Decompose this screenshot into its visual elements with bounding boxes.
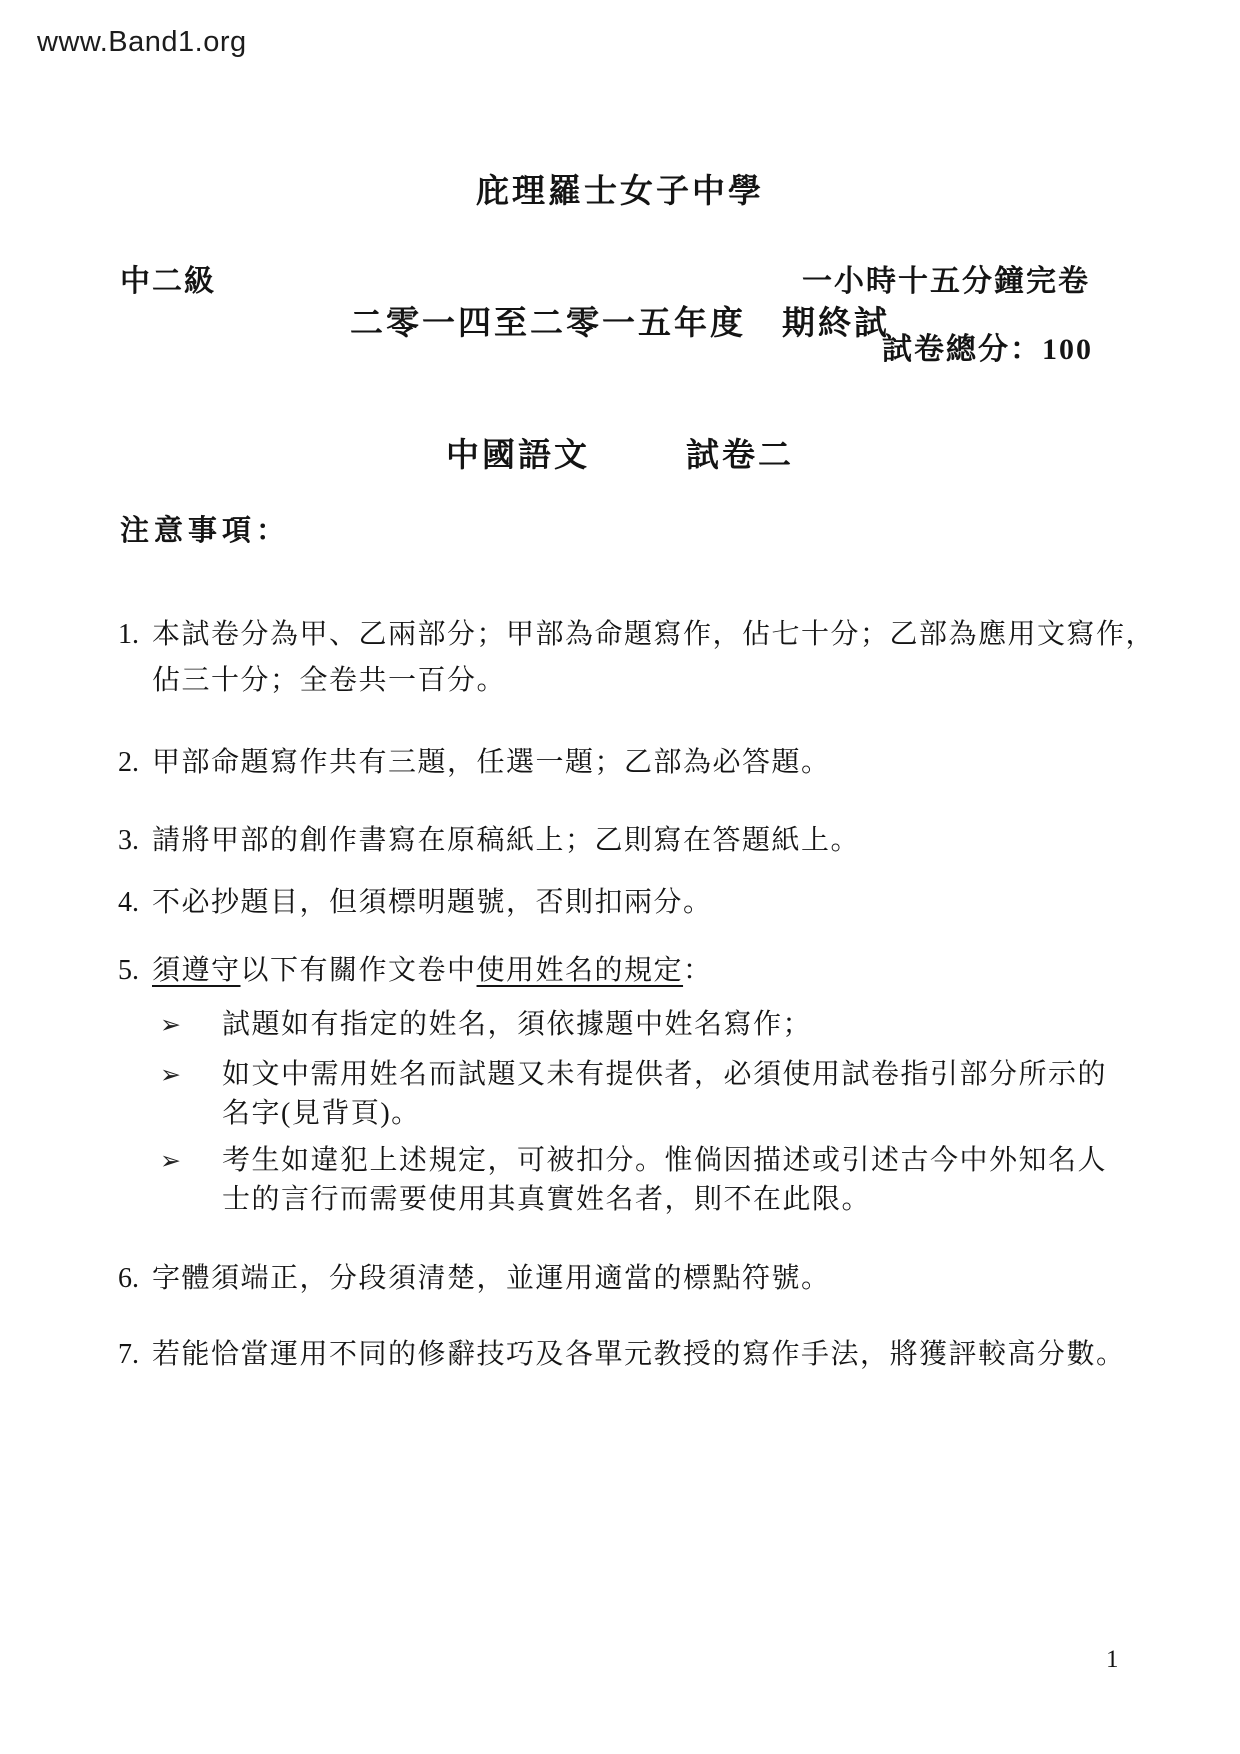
note-item-line: 5.須遵守以下有關作文卷中使用姓名的規定：	[118, 948, 713, 994]
item-number: 3.	[118, 818, 152, 864]
notes-heading: 注意事項：	[120, 508, 290, 549]
exam-paper-page: www.Band1.org 庇理羅士女子中學 二零一四至二零一五年度 期終試 中…	[0, 0, 1240, 1754]
note-item-line: 6.字體須端正，分段須清楚，並運用適當的標點符號。	[118, 1256, 831, 1302]
sub-bullet-line: ➢考生如違犯上述規定，可被扣分。惟倘因描述或引述古今中外知名人	[160, 1142, 1107, 1181]
note-item-2: 2.甲部命題寫作共有三題，任選一題；乙部為必答題。	[118, 740, 831, 786]
note-item-1: 1.本試卷分為甲、乙兩部分；甲部為命題寫作，佔七十分；乙部為應用文寫作， 佔三十…	[118, 612, 1155, 704]
note-item-7: 7.若能恰當運用不同的修辭技巧及各單元教授的寫作手法，將獲評較高分數。	[118, 1332, 1126, 1378]
time-allowed: 一小時十五分鐘完卷	[802, 256, 1090, 300]
item-text: 不必抄題目，但須標明題號，否則扣兩分。	[152, 887, 713, 918]
item-number: 5.	[118, 948, 152, 994]
paper-number: 試卷二	[686, 434, 794, 478]
item-number: 2.	[118, 740, 152, 786]
school-name: 庇理羅士女子中學	[0, 170, 1240, 214]
item-text-underlined: 須遵守	[152, 955, 241, 986]
note-item-5: 5.須遵守以下有關作文卷中使用姓名的規定：	[118, 948, 713, 994]
item-text: 請將甲部的創作書寫在原稿紙上；乙則寫在答題紙上。	[152, 825, 860, 856]
item-text: 字體須端正，分段須清楚，並運用適當的標點符號。	[152, 1263, 831, 1294]
note-item-4: 4.不必抄題目，但須標明題號，否則扣兩分。	[118, 880, 713, 926]
note-item-line: 2.甲部命題寫作共有三題，任選一題；乙部為必答題。	[118, 740, 831, 786]
item-number: 6.	[118, 1256, 152, 1302]
note-item-line: 1.本試卷分為甲、乙兩部分；甲部為命題寫作，佔七十分；乙部為應用文寫作，	[118, 612, 1155, 658]
item-text: 以下有關作文卷中	[241, 955, 477, 986]
sub-bullet-line: ➢試題如有指定的姓名，須依據題中姓名寫作；	[160, 1006, 812, 1045]
sub-bullet-3: ➢考生如違犯上述規定，可被扣分。惟倘因描述或引述古今中外知名人 士的言行而需要使…	[160, 1142, 1107, 1219]
note-item-line: 佔三十分；全卷共一百分。	[152, 658, 1155, 704]
note-item-line: 3.請將甲部的創作書寫在原稿紙上；乙則寫在答題紙上。	[118, 818, 860, 864]
subject-paper-line: 中國語文試卷二	[0, 434, 1240, 478]
class-level: 中二級	[120, 256, 216, 300]
sub-bullet-text: 如文中需用姓名而試題又未有提供者，必須使用試卷指引部分所示的	[222, 1059, 1107, 1090]
item-text: 本試卷分為甲、乙兩部分；甲部為命題寫作，佔七十分；乙部為應用文寫作，	[152, 619, 1155, 650]
item-text: 若能恰當運用不同的修辭技巧及各單元教授的寫作手法，將獲評較高分數。	[152, 1339, 1126, 1370]
sub-bullet-text: 考生如違犯上述規定，可被扣分。惟倘因描述或引述古今中外知名人	[222, 1145, 1107, 1176]
arrow-bullet-icon: ➢	[160, 1143, 222, 1181]
item-number: 1.	[118, 612, 152, 658]
item-text-underlined: 使用姓名的規定	[477, 955, 684, 986]
subject-name: 中國語文	[446, 434, 590, 478]
item-number: 7.	[118, 1332, 152, 1378]
arrow-bullet-icon: ➢	[160, 1007, 222, 1045]
sub-bullet-text: 試題如有指定的姓名，須依據題中姓名寫作；	[222, 1009, 812, 1040]
sub-bullet-line: 名字(見背頁)。	[222, 1095, 1107, 1133]
total-marks: 試卷總分：100	[882, 324, 1093, 368]
note-item-line: 4.不必抄題目，但須標明題號，否則扣兩分。	[118, 880, 713, 926]
sub-bullet-1: ➢試題如有指定的姓名，須依據題中姓名寫作；	[160, 1006, 812, 1045]
sub-bullet-line: ➢如文中需用姓名而試題又未有提供者，必須使用試卷指引部分所示的	[160, 1056, 1107, 1095]
page-number: 1	[1106, 1646, 1119, 1674]
watermark-url: www.Band1.org	[37, 26, 247, 59]
sub-bullet-line: 士的言行而需要使用其真實姓名者，則不在此限。	[222, 1181, 1107, 1219]
sub-bullet-2: ➢如文中需用姓名而試題又未有提供者，必須使用試卷指引部分所示的 名字(見背頁)。	[160, 1056, 1107, 1133]
item-text: 甲部命題寫作共有三題，任選一題；乙部為必答題。	[152, 747, 831, 778]
note-item-6: 6.字體須端正，分段須清楚，並運用適當的標點符號。	[118, 1256, 831, 1302]
note-item-line: 7.若能恰當運用不同的修辭技巧及各單元教授的寫作手法，將獲評較高分數。	[118, 1332, 1126, 1378]
item-text: ：	[683, 955, 713, 986]
item-number: 4.	[118, 880, 152, 926]
arrow-bullet-icon: ➢	[160, 1057, 222, 1095]
note-item-3: 3.請將甲部的創作書寫在原稿紙上；乙則寫在答題紙上。	[118, 818, 860, 864]
